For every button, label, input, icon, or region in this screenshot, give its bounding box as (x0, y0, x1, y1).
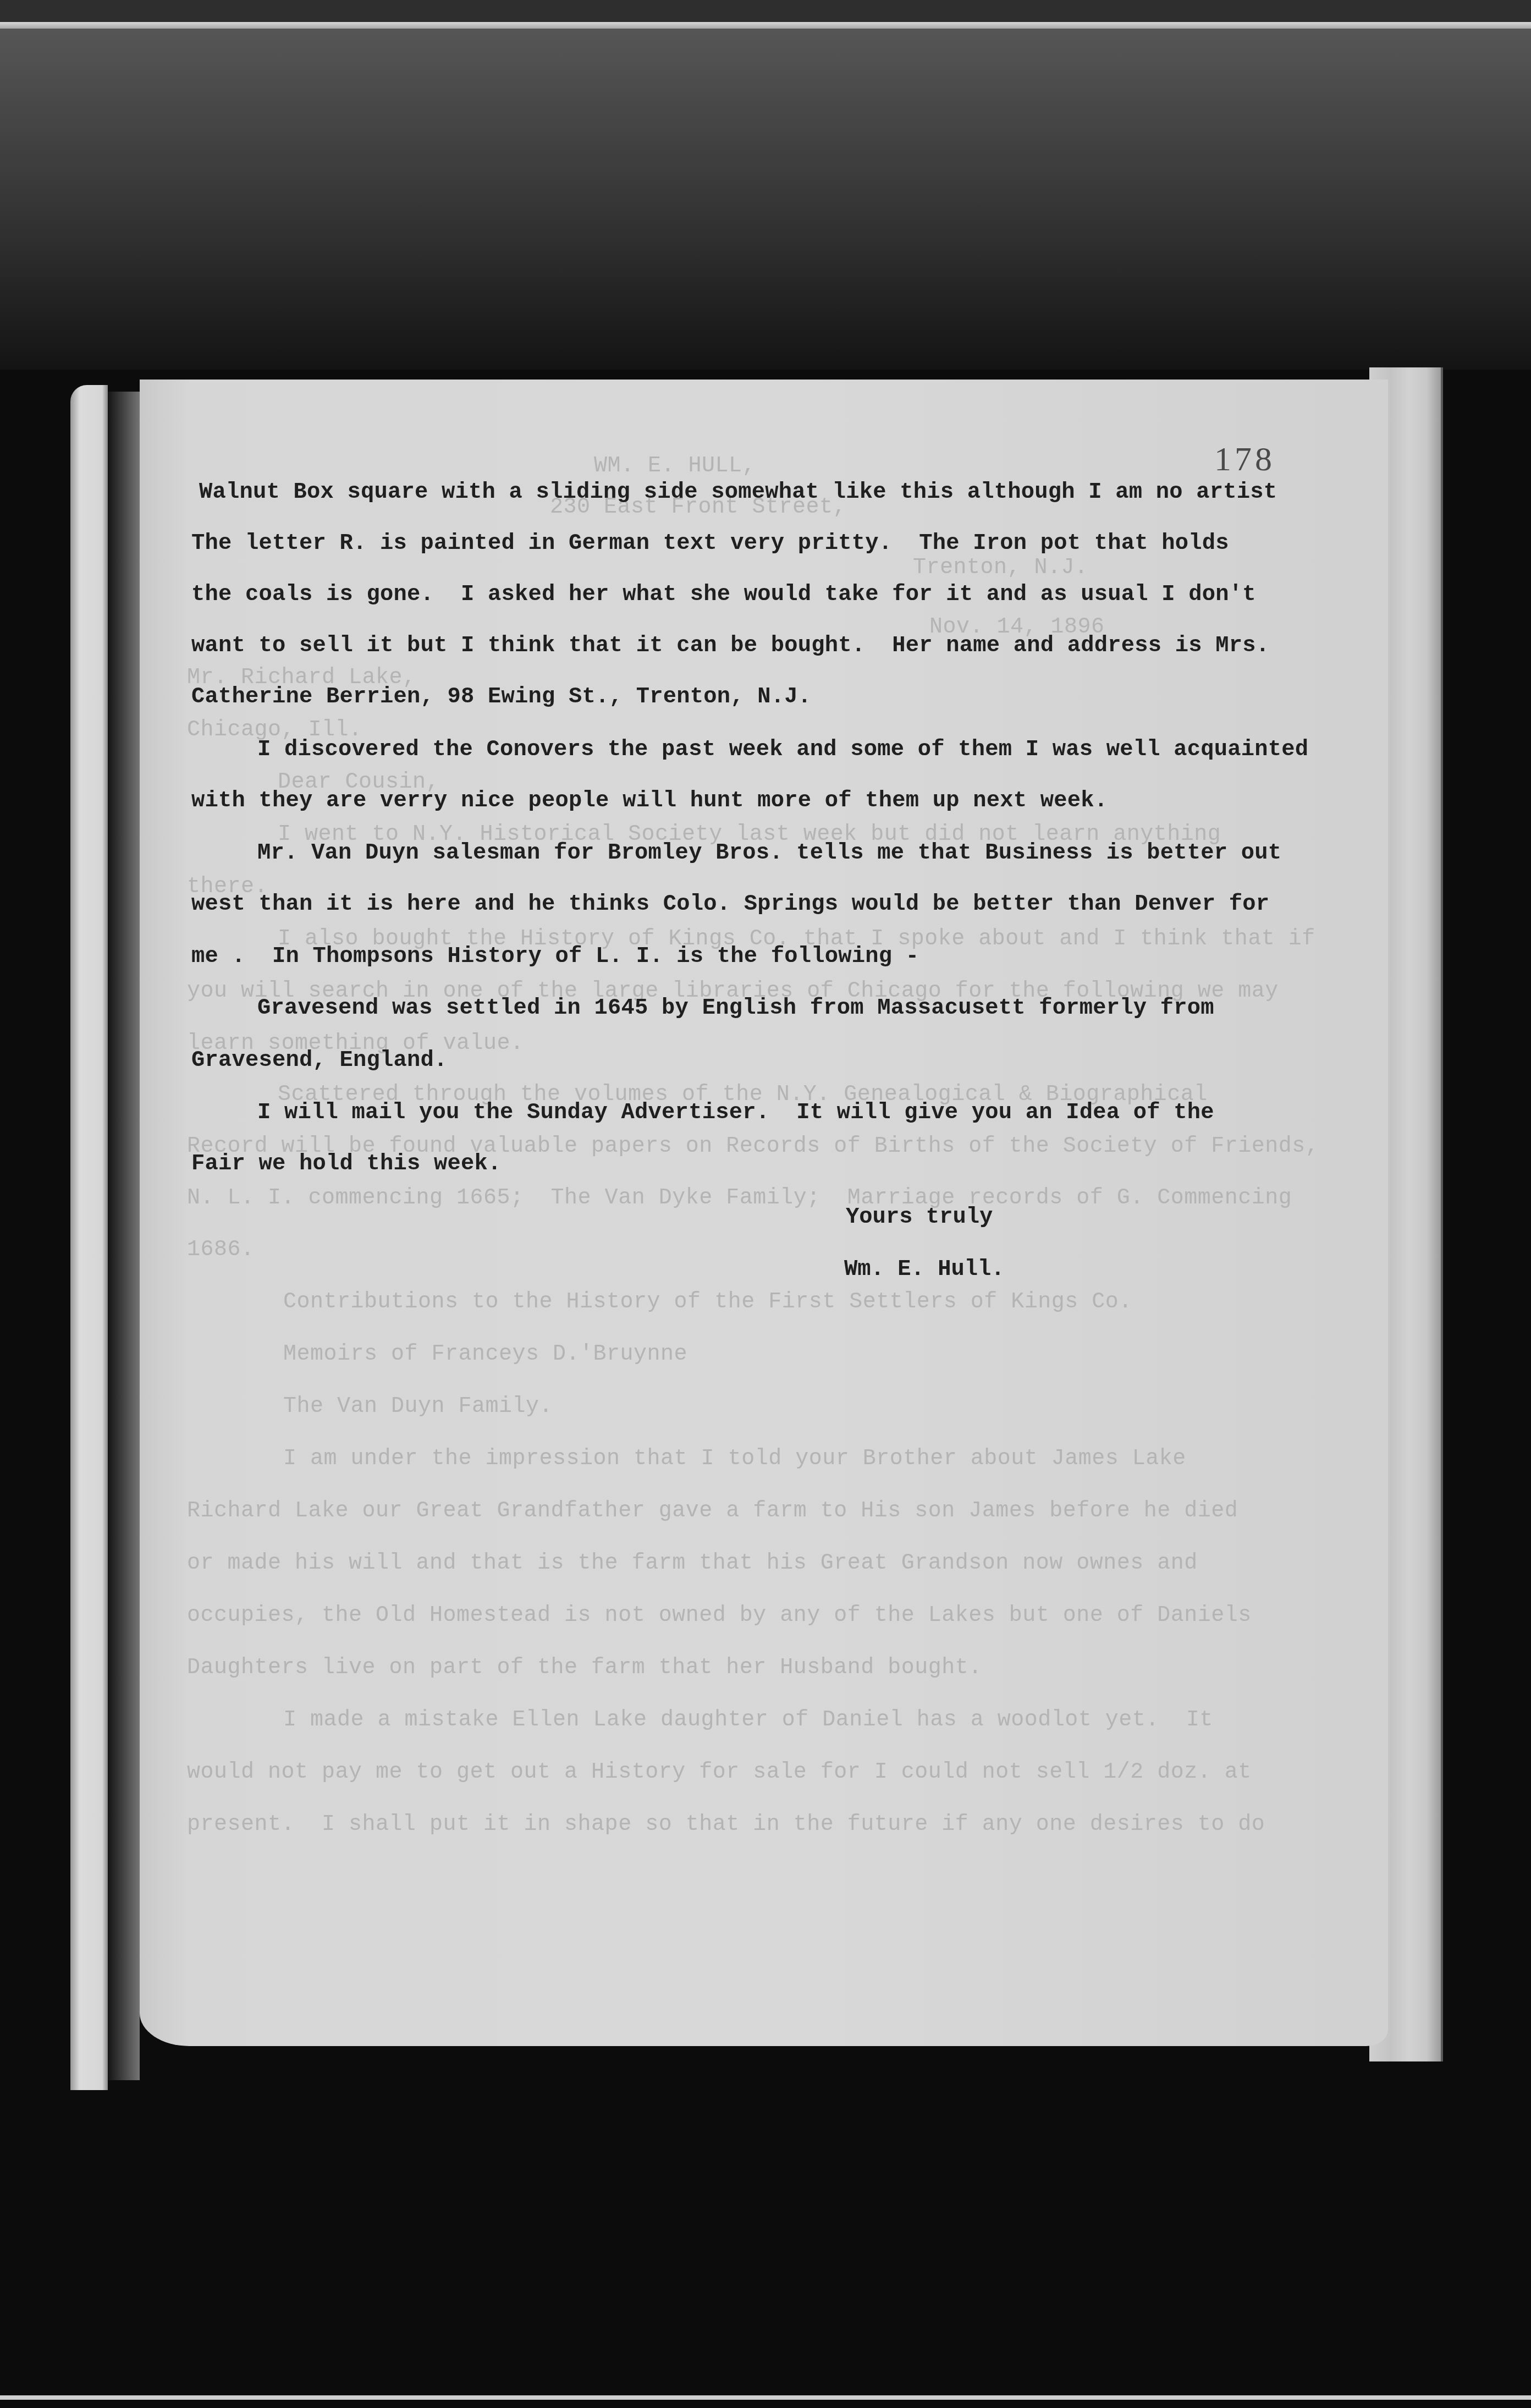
letter-line: Mr. Van Duyn salesman for Bromley Bros. … (257, 840, 1281, 866)
film-top-edge (0, 22, 1531, 29)
letter-line: me . In Thompsons History of L. I. is th… (191, 944, 919, 969)
bleed-line: Trenton, N.J. (913, 556, 1088, 580)
letter-line: Gravesend was settled in 1645 by English… (257, 996, 1214, 1021)
bleed-line: occupies, the Old Homestead is not owned… (187, 1603, 1252, 1628)
bleed-line: 1686. (187, 1238, 255, 1262)
letter-line: The letter R. is painted in German text … (191, 531, 1229, 556)
bleed-line: Daughters live on part of the farm that … (187, 1656, 982, 1680)
film-bottom-edge (0, 2395, 1531, 2400)
bleed-line: would not pay me to get out a History fo… (187, 1760, 1252, 1785)
bleed-line: WM. E. HULL, (594, 454, 756, 479)
letter-line: Catherine Berrien, 98 Ewing St., Trenton… (191, 684, 811, 710)
letter-line: Walnut Box square with a sliding side so… (199, 480, 1277, 505)
letter-line: I discovered the Conovers the past week … (257, 737, 1308, 762)
film-top-band (0, 0, 1531, 22)
letter-line: the coals is gone. I asked her what she … (191, 582, 1256, 607)
letter-line: I will mail you the Sunday Advertiser. I… (257, 1100, 1214, 1125)
letter-page (140, 380, 1388, 2046)
bleed-line: The Van Duyn Family. (283, 1394, 553, 1419)
letter-line: Fair we hold this week. (191, 1151, 502, 1176)
page-number: 178 (1214, 440, 1275, 479)
letter-line: Gravesend, England. (191, 1048, 448, 1073)
bleed-line: Memoirs of Franceys D.'Bruynne (283, 1342, 687, 1367)
bleed-line: Richard Lake our Great Grandfather gave … (187, 1499, 1238, 1524)
letter-line: with they are verry nice people will hun… (191, 788, 1108, 813)
letter-signature: Wm. E. Hull. (844, 1257, 1005, 1282)
microfilm-background (0, 29, 1531, 370)
letter-line: want to sell it but I think that it can … (191, 633, 1269, 658)
bleed-line: I made a mistake Ellen Lake daughter of … (283, 1708, 1213, 1733)
left-page-edge (70, 385, 108, 2090)
letter-line: west than it is here and he thinks Colo.… (191, 892, 1269, 917)
bleed-line: or made his will and that is the farm th… (187, 1551, 1198, 1576)
bleed-line: I am under the impression that I told yo… (283, 1447, 1186, 1471)
bleed-line: Contributions to the History of the Firs… (283, 1290, 1132, 1315)
bleed-line: N. L. I. commencing 1665; The Van Dyke F… (187, 1186, 1292, 1211)
letter-closing: Yours truly (846, 1205, 993, 1230)
bleed-line: present. I shall put it in shape so that… (187, 1812, 1265, 1837)
book-gutter (108, 392, 140, 2080)
